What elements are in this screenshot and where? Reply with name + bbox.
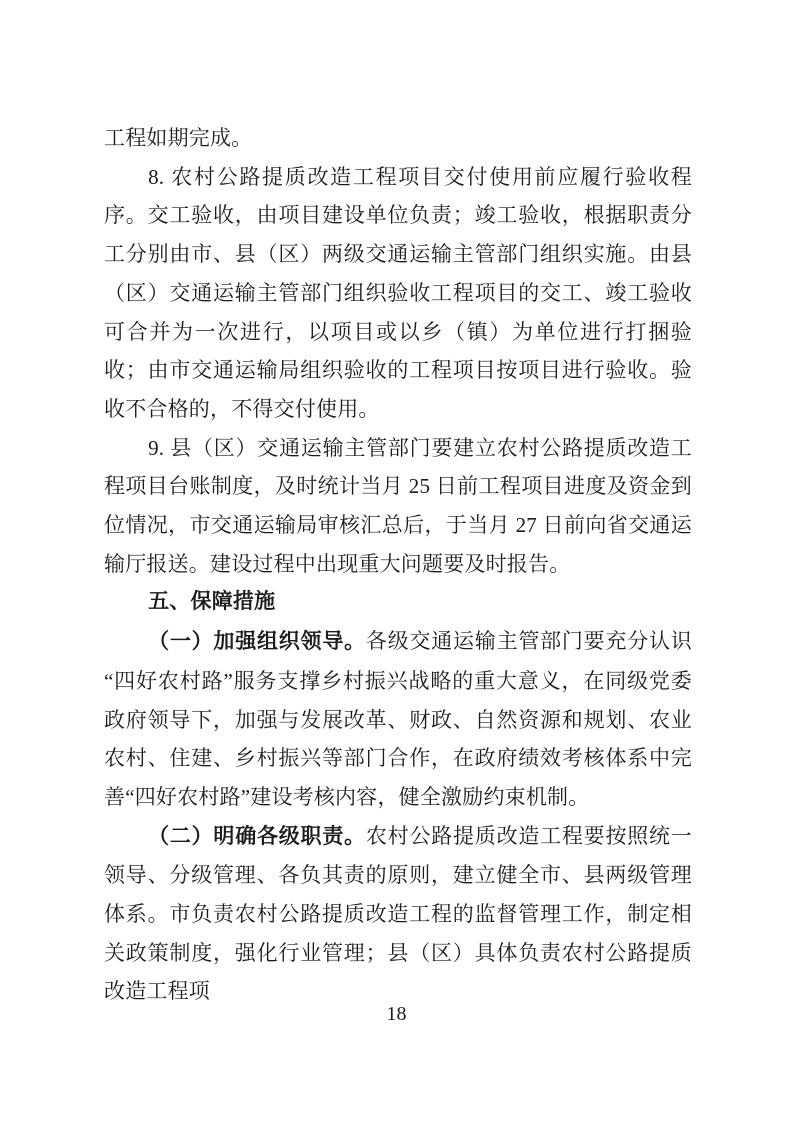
section-heading-safeguards: 五、保障措施 [104, 583, 692, 622]
document-body: 工程如期完成。 8. 农村公路提质改造工程项目交付使用前应履行验收程序。交工验收… [104, 119, 692, 1011]
paragraph-measure-1-body: 各级交通运输主管部门要充分认识“四好农村路”服务支撑乡村振兴战略的重大意义，在同… [104, 629, 692, 809]
document-page: 工程如期完成。 8. 农村公路提质改造工程项目交付使用前应履行验收程序。交工验收… [0, 0, 793, 1122]
paragraph-measure-1: （一）加强组织领导。各级交通运输主管部门要充分认识“四好农村路”服务支撑乡村振兴… [104, 622, 692, 817]
paragraph-measure-1-lead: （一）加强组织领导。 [148, 630, 366, 653]
paragraph-measure-2-lead: （二）明确各级职责。 [148, 825, 366, 848]
paragraph-continuation: 工程如期完成。 [104, 119, 692, 158]
page-number: 18 [387, 1003, 407, 1025]
paragraph-measure-2-body: 农村公路提质改造工程要按照统一领导、分级管理、各负其责的原则，建立健全市、县两级… [104, 824, 692, 1004]
paragraph-item-9: 9. 县（区）交通运输主管部门要建立农村公路提质改造工程项目台账制度，及时统计当… [104, 429, 692, 584]
paragraph-item-8: 8. 农村公路提质改造工程项目交付使用前应履行验收程序。交工验收，由项目建设单位… [104, 158, 692, 429]
page-footer: 18 [0, 999, 793, 1029]
paragraph-measure-2: （二）明确各级职责。农村公路提质改造工程要按照统一领导、分级管理、各负其责的原则… [104, 817, 692, 1012]
